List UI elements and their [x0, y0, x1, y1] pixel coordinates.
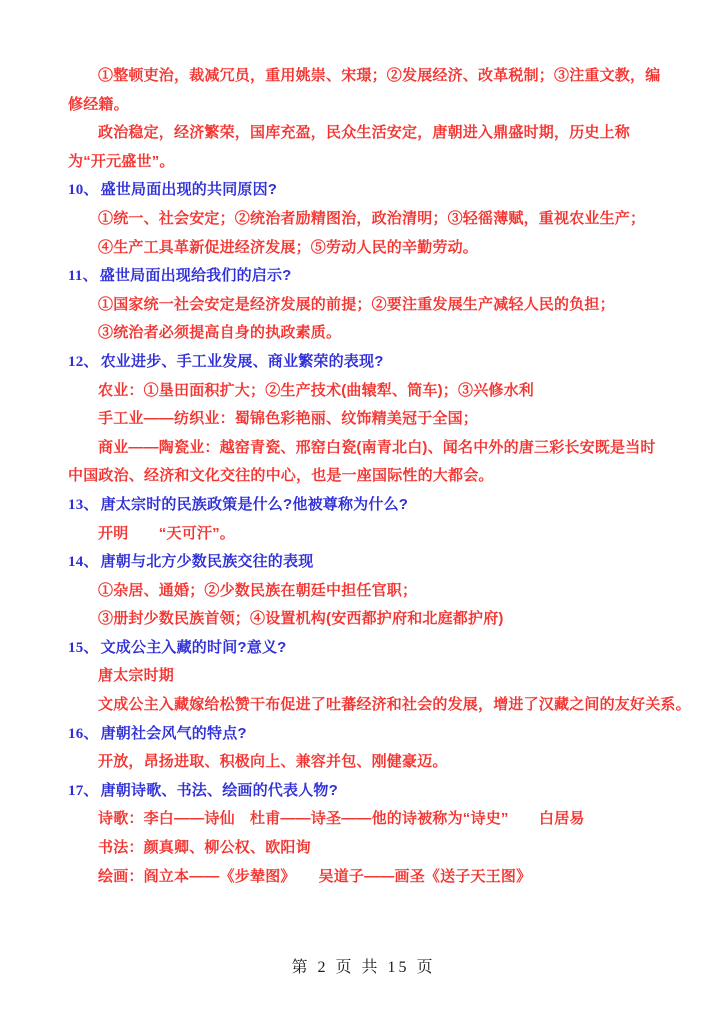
question-text: 文成公主入藏的时间?意义? — [101, 639, 287, 656]
question-item: 11、盛世局面出现给我们的启示? — [68, 262, 667, 291]
answer-item: 开放，昂扬进取、积极向上、兼容并包、刚健豪迈。 — [68, 748, 667, 777]
question-item: 13、唐太宗时的民族政策是什么?他被尊称为什么? — [68, 491, 667, 520]
page-footer: 第 2 页 共 15 页 — [0, 954, 727, 977]
question-number: 10、 — [68, 182, 101, 198]
question-text: 唐朝社会风气的特点? — [101, 725, 247, 742]
question-item: 14、唐朝与北方少数民族交往的表现 — [68, 548, 667, 577]
answer-item: 政治稳定，经济繁荣，国库充盈，民众生活安定，唐朝进入鼎盛时期，历史上称为“开元盛… — [68, 119, 667, 176]
question-item: 17、唐朝诗歌、书法、绘画的代表人物? — [68, 777, 667, 806]
question-number: 15、 — [68, 640, 101, 656]
answer-item: 文成公主入藏嫁给松赞干布促进了吐蕃经济和社会的发展，增进了汉藏之间的友好关系。 — [68, 691, 667, 720]
question-number: 14、 — [68, 554, 101, 570]
question-number: 13、 — [68, 497, 101, 513]
question-item: 10、盛世局面出现的共同原因? — [68, 176, 667, 205]
page-number-text: 第 2 页 共 15 页 — [291, 959, 435, 976]
answer-item: ④生产工具革新促进经济发展；⑤劳动人民的辛勤劳动。 — [68, 234, 667, 263]
question-text: 盛世局面出现给我们的启示? — [100, 267, 292, 284]
question-item: 12、农业进步、手工业发展、商业繁荣的表现? — [68, 348, 667, 377]
question-text: 盛世局面出现的共同原因? — [101, 181, 278, 198]
question-item: 15、文成公主入藏的时间?意义? — [68, 634, 667, 663]
answer-item: 手工业——纺织业：蜀锦色彩艳丽、纹饰精美冠于全国； — [68, 405, 667, 434]
answer-item: 书法：颜真卿、柳公权、欧阳询 — [68, 834, 667, 863]
answer-item: 商业——陶瓷业：越窑青瓷、邢窑白瓷(南青北白)、闻名中外的唐三彩长安既是当时中国… — [68, 434, 667, 491]
answer-item: ①整顿吏治，裁减冗员，重用姚崇、宋璟；②发展经济、改革税制；③注重文教，编修经籍… — [68, 62, 667, 119]
answer-item: 农业：①垦田面积扩大；②生产技术(曲辕犁、筒车)；③兴修水利 — [68, 377, 667, 406]
question-number: 16、 — [68, 726, 101, 742]
question-number: 12、 — [68, 354, 101, 370]
answer-item: 唐太宗时期 — [68, 662, 667, 691]
answer-item: ①杂居、通婚；②少数民族在朝廷中担任官职； — [68, 577, 667, 606]
answer-item: ①统一、社会安定；②统治者励精图治，政治清明；③轻徭薄赋，重视农业生产； — [68, 205, 667, 234]
answer-item: 开明 “天可汗”。 — [68, 520, 667, 549]
question-text: 唐朝诗歌、书法、绘画的代表人物? — [101, 782, 338, 799]
question-number: 11、 — [68, 268, 100, 284]
question-text: 唐朝与北方少数民族交往的表现 — [101, 553, 314, 570]
answer-item: ③统治者必须提高自身的执政素质。 — [68, 319, 667, 348]
question-item: 16、唐朝社会风气的特点? — [68, 720, 667, 749]
answer-item: 诗歌：李白——诗仙 杜甫——诗圣——他的诗被称为“诗史” 白居易 — [68, 805, 667, 834]
document-page: ①整顿吏治，裁减冗员，重用姚崇、宋璟；②发展经济、改革税制；③注重文教，编修经籍… — [0, 0, 727, 1024]
notes-content: ①整顿吏治，裁减冗员，重用姚崇、宋璟；②发展经济、改革税制；③注重文教，编修经籍… — [68, 62, 667, 891]
question-text: 唐太宗时的民族政策是什么?他被尊称为什么? — [101, 496, 409, 513]
answer-item: ①国家统一社会安定是经济发展的前提；②要注重发展生产减轻人民的负担； — [68, 291, 667, 320]
answer-item: 绘画：阎立本——《步辇图》 吴道子——画圣《送子天王图》 — [68, 863, 667, 892]
question-number: 17、 — [68, 783, 101, 799]
answer-item: ③册封少数民族首领；④设置机构(安西都护府和北庭都护府) — [68, 605, 667, 634]
question-text: 农业进步、手工业发展、商业繁荣的表现? — [101, 353, 384, 370]
